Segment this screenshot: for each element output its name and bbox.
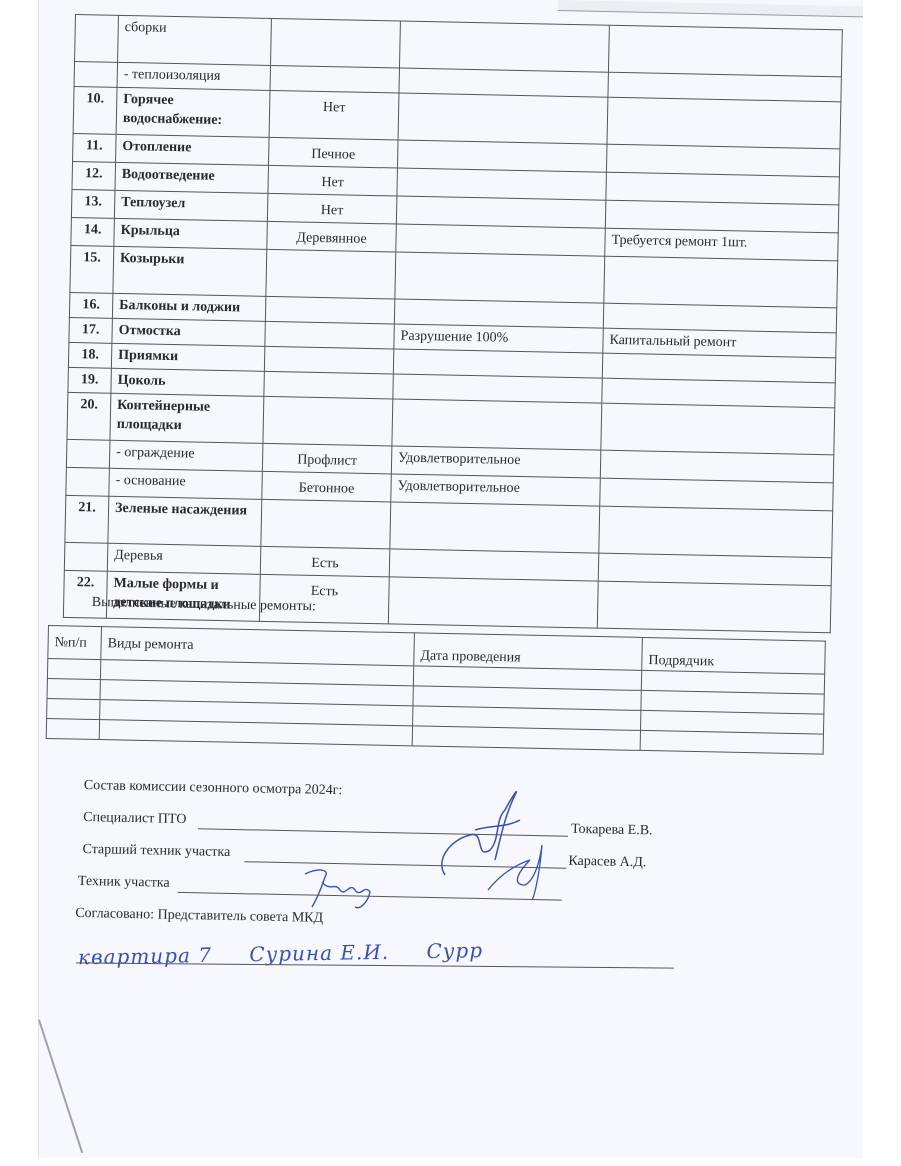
row-material: Профлист xyxy=(262,443,392,474)
row-condition xyxy=(396,196,606,228)
row-material: Нет xyxy=(268,165,398,196)
row-condition xyxy=(395,252,605,303)
row-number: 19. xyxy=(68,367,111,393)
row-material xyxy=(264,346,393,374)
page-fold-crease xyxy=(38,1019,83,1153)
row-material xyxy=(266,249,396,299)
row-number: 21. xyxy=(65,495,109,543)
row-number xyxy=(66,439,110,468)
row-material xyxy=(265,296,394,324)
row-element-name: Теплоузел xyxy=(114,190,268,221)
row-element-name: Козырьки xyxy=(113,246,267,296)
row-number: 13. xyxy=(71,189,115,218)
empty-cell xyxy=(47,659,100,680)
row-material: Нет xyxy=(267,193,397,224)
row-condition xyxy=(392,399,602,450)
row-element-name: Водоотведение xyxy=(115,162,269,193)
row-condition xyxy=(396,224,606,256)
member-role: Старший техник участка xyxy=(82,842,230,861)
inspection-table: сборки- теплоизоляция10.Горячее водоснаб… xyxy=(63,14,843,633)
representative-signature: Сурр xyxy=(426,938,483,963)
row-element-name: Отопление xyxy=(116,134,270,165)
row-recommendation xyxy=(601,403,835,455)
header-number: №п/п xyxy=(48,626,102,660)
row-number: 12. xyxy=(72,161,116,190)
row-element-name: Крыльца xyxy=(114,218,268,249)
row-condition: Удовлетворительное xyxy=(391,474,601,506)
row-material xyxy=(271,18,401,68)
row-condition xyxy=(389,549,599,581)
row-recommendation xyxy=(608,25,842,77)
row-element-name: Деревья xyxy=(107,543,261,574)
page-edge xyxy=(558,0,863,19)
row-condition xyxy=(388,577,598,628)
completed-repairs-table: №п/п Виды ремонта Дата проведения Подряд… xyxy=(46,625,826,755)
row-number: 17. xyxy=(69,317,112,343)
member-name: Токарева Е.В. xyxy=(571,822,653,840)
empty-cell xyxy=(46,718,99,739)
empty-cell xyxy=(47,698,100,719)
row-material: Деревянное xyxy=(267,221,397,252)
row-number: 14. xyxy=(71,217,115,246)
header-contractor: Подрядчик xyxy=(642,637,826,674)
row-number xyxy=(75,15,119,63)
row-number xyxy=(66,467,110,496)
row-element-name: Цоколь xyxy=(111,368,264,396)
row-number: 15. xyxy=(70,245,114,293)
row-recommendation xyxy=(599,506,833,558)
row-material xyxy=(263,396,393,446)
representative-name: Сурина Е.И. xyxy=(249,940,389,966)
row-element-name: - ограждение xyxy=(109,440,263,471)
row-condition: Удовлетворительное xyxy=(391,446,601,478)
row-material: Бетонное xyxy=(262,471,392,502)
row-material xyxy=(264,371,393,399)
row-number: 18. xyxy=(68,342,111,368)
apartment-note: квартира 7 xyxy=(78,943,212,969)
header-date: Дата проведения xyxy=(414,633,643,671)
row-material xyxy=(265,321,394,349)
row-element-name: Контейнерные площадки xyxy=(110,393,264,443)
row-element-name: сборки xyxy=(118,15,272,65)
row-recommendation xyxy=(604,256,838,308)
member-role: Специалист ПТО xyxy=(83,810,187,828)
row-number: 10. xyxy=(73,86,117,134)
empty-cell xyxy=(47,678,100,699)
signature-technician xyxy=(300,862,380,912)
row-element-name: Отмостка xyxy=(112,318,265,346)
signature-karasev xyxy=(480,840,560,900)
row-recommendation xyxy=(597,581,831,633)
row-number: 20. xyxy=(67,392,111,440)
empty-cell xyxy=(640,730,823,754)
row-element-name: Горячее водоснабжение: xyxy=(116,87,270,137)
row-material: Нет xyxy=(269,90,399,140)
row-element-name: - основание xyxy=(109,468,263,499)
member-role: Техник участка xyxy=(78,874,170,892)
row-material: Печное xyxy=(269,137,399,168)
row-condition xyxy=(397,168,607,200)
row-material xyxy=(270,65,399,93)
row-material: Есть xyxy=(260,546,390,577)
row-number xyxy=(64,542,108,571)
row-number: 16. xyxy=(69,292,112,318)
row-number: 11. xyxy=(73,133,117,162)
approved-label: Согласовано: Представитель совета МКД xyxy=(75,906,323,927)
row-element-name: Балконы и лоджии xyxy=(112,293,265,321)
row-condition xyxy=(397,140,607,172)
empty-cell xyxy=(412,726,640,751)
row-recommendation xyxy=(607,97,841,149)
row-condition xyxy=(390,502,600,553)
row-number xyxy=(74,62,117,88)
row-material xyxy=(261,499,391,549)
row-condition xyxy=(398,93,608,144)
row-element-name: Приямки xyxy=(111,343,264,371)
row-condition xyxy=(399,21,609,72)
row-element-name: - теплоизоляция xyxy=(117,62,270,90)
member-name: Карасев А.Д. xyxy=(568,854,646,872)
row-element-name: Зеленые насаждения xyxy=(108,496,262,546)
